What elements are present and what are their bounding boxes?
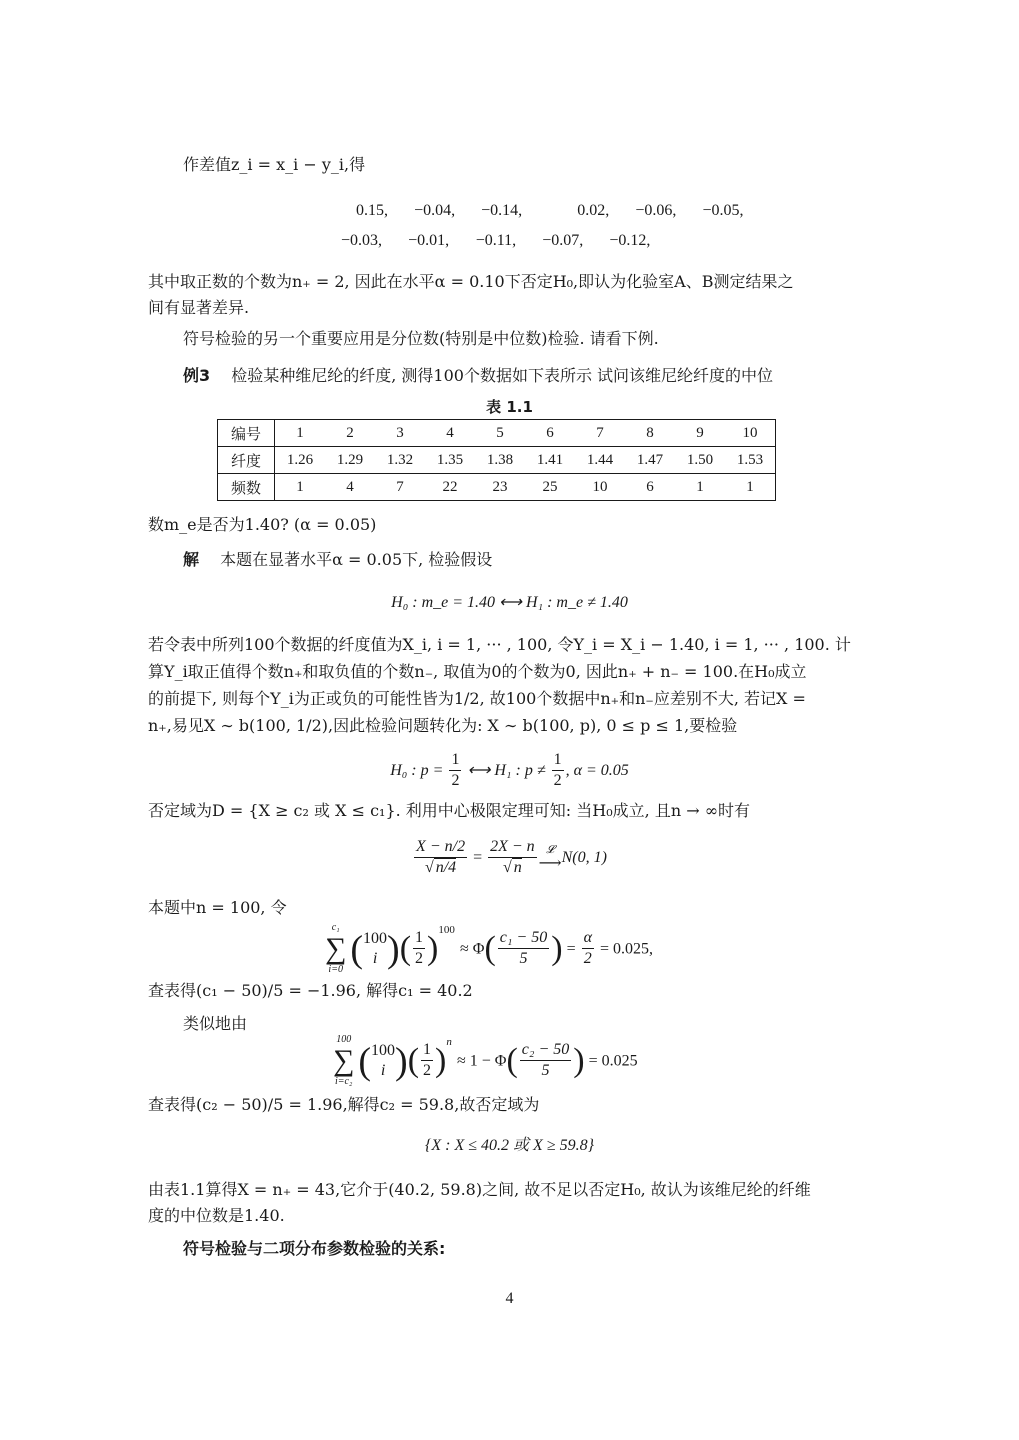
exponent: 100 [438, 924, 455, 936]
para-y-4: n₊,易见X ∼ b(100, 1/2),因此检验问题转化为: X ∼ b(10… [148, 715, 853, 737]
binom-top: 100 [371, 1041, 395, 1061]
table-cell: 1.50 [675, 447, 725, 474]
lower-limit: i=c₂ [333, 1076, 354, 1088]
table-cell: 9 [675, 420, 725, 447]
diff-value: −0.04, [393, 200, 455, 222]
table-cell: 1.35 [425, 447, 475, 474]
binomial: (100i) [350, 919, 399, 979]
diff-value: 0.15, [340, 200, 388, 222]
hyp-text: H₀ : p = [390, 762, 447, 779]
table-cell: 1 [275, 420, 326, 447]
binom-top: 100 [363, 929, 387, 949]
document-page: 作差值z_i = x_i − y_i,得 0.15, −0.04, −0.14,… [0, 0, 1019, 1440]
denominator: 2 [449, 771, 461, 791]
solution-label: 解 [183, 550, 199, 569]
sum-equation-1: c₁∑i=0(100i)(12)100 ≈ Φ(c₁ − 505) = α2 =… [325, 914, 825, 979]
example-label: 例3 [183, 366, 210, 385]
approx: ≈ [460, 940, 469, 957]
fraction: 12 [552, 750, 564, 791]
table-cell: 1 [275, 474, 326, 501]
diff-value: −0.01, [387, 230, 449, 252]
c2-result: 查表得(c₂ − 50)/5 = 1.96,解得c₂ = 59.8,故否定域为 [148, 1094, 853, 1116]
table-cell: 1.26 [275, 447, 326, 474]
table-cell: 6 [625, 474, 675, 501]
table-cell: 5 [475, 420, 525, 447]
differences-row-1: 0.15, −0.04, −0.14, 0.02, −0.06, −0.05, [340, 199, 1019, 222]
numerator: c₁ − 50 [498, 928, 549, 949]
table-cell: 23 [475, 474, 525, 501]
converges-arrow: 𝓛 ⟶ [539, 845, 562, 871]
fraction: c₁ − 505 [498, 928, 549, 969]
table-cell: 7 [575, 420, 625, 447]
binom-bottom: i [371, 1061, 395, 1081]
example-3: 例3 检验某种维尼纶的纤度, 测得100个数据如下表所示 试问该维尼纶纤度的中位 [183, 365, 888, 387]
sqrt-content: n/4 [434, 858, 456, 876]
fraction: 12 [421, 1040, 433, 1081]
phi: 1 − Φ [466, 1052, 507, 1069]
conclusion-2: 度的中位数是1.40. [148, 1205, 853, 1227]
table-cell: 2 [325, 420, 375, 447]
exponent: n [446, 1036, 452, 1048]
numerator: c₂ − 50 [520, 1040, 571, 1061]
lower-limit: i=0 [325, 964, 346, 976]
table-cell: 1.29 [325, 447, 375, 474]
hypothesis-median: H₀ : m_e = 1.40 ⟷ H₁ : m_e ≠ 1.40 [0, 592, 1019, 614]
table-cell: 10 [575, 474, 625, 501]
denominator: 2 [582, 949, 594, 969]
result: = 0.025, [596, 940, 653, 957]
para-y-3: 的前提下, 则每个Y_i为正或负的可能性皆为1/2, 故100个数据中n₊和n₋… [148, 688, 853, 710]
row-header: 频数 [218, 474, 275, 501]
positive-count-text-1: 其中取正数的个数为n₊ = 2, 因此在水平α = 0.10下否定H₀,即认为化… [148, 271, 853, 293]
diff-intro: 作差值z_i = x_i − y_i,得 [183, 154, 888, 176]
denominator: 5 [498, 949, 549, 969]
diff-value: −0.03, [330, 230, 382, 252]
table-cell: 8 [625, 420, 675, 447]
diff-value: −0.05, [681, 200, 743, 222]
data-table: 编号 1 2 3 4 5 6 7 8 9 10 纤度 1.26 1.29 1.3… [217, 419, 776, 501]
fraction: 12 [449, 750, 461, 791]
summation-icon: 100∑i=c₂ [333, 1034, 354, 1088]
relation-heading: 符号检验与二项分布参数检验的关系: [183, 1238, 888, 1260]
numerator: 1 [413, 928, 425, 949]
hyp-text: ⟷ H₁ : p ≠ [463, 762, 549, 779]
denominator: 2 [552, 771, 564, 791]
example-text: 检验某种维尼纶的纤度, 测得100个数据如下表所示 试问该维尼纶纤度的中位 [231, 366, 773, 385]
numerator: X − n/2 [414, 837, 467, 858]
table-cell: 1.41 [525, 447, 575, 474]
equals: = [563, 940, 580, 957]
phi: Φ [469, 940, 485, 957]
diff-value: −0.11, [454, 230, 516, 252]
conclusion-1: 由表1.1算得X = n₊ = 43,它介于(40.2, 59.8)之间, 故不… [148, 1179, 853, 1201]
table-cell: 3 [375, 420, 425, 447]
table-cell: 1 [725, 474, 776, 501]
fraction: 2X − n√n [488, 837, 537, 878]
approx: ≈ [457, 1052, 466, 1069]
table-row: 频数 1 4 7 22 23 25 10 6 1 1 [218, 474, 776, 501]
table-cell: 1 [675, 474, 725, 501]
table-cell: 10 [725, 420, 776, 447]
positive-count-text-2: 间有显著差异. [148, 297, 853, 319]
hyp-text: , α = 0.05 [566, 762, 629, 779]
hypothesis-p: H₀ : p = 12 ⟷ H₁ : p ≠ 12, α = 0.05 [0, 748, 1019, 793]
table-cell: 4 [425, 420, 475, 447]
table-cell: 4 [325, 474, 375, 501]
page-number: 4 [0, 1290, 1019, 1308]
table-caption: 表 1.1 [0, 396, 1019, 417]
table-cell: 7 [375, 474, 425, 501]
fraction: 12 [413, 928, 425, 969]
diff-value: −0.12, [588, 230, 650, 252]
table-cell: 1.32 [375, 447, 425, 474]
diff-value: −0.07, [521, 230, 583, 252]
table-cell: 25 [525, 474, 575, 501]
row-header: 纤度 [218, 447, 275, 474]
numerator: 1 [552, 750, 564, 771]
region-set: {X : X ≤ 40.2 或 X ≥ 59.8} [0, 1135, 1019, 1157]
normal-dist: N(0, 1) [562, 849, 607, 866]
diff-value: −0.14, [460, 200, 522, 222]
denominator: √n [488, 858, 537, 878]
table-row: 编号 1 2 3 4 5 6 7 8 9 10 [218, 420, 776, 447]
sqrt-content: n [512, 858, 522, 876]
para-y-1: 若令表中所列100个数据的纤度值为X_i, i = 1, ··· , 100, … [148, 634, 853, 656]
fraction: α2 [582, 928, 594, 969]
diff-value: 0.02, [527, 200, 609, 222]
table-cell: 6 [525, 420, 575, 447]
numerator: 1 [449, 750, 461, 771]
result: = 0.025 [585, 1052, 638, 1069]
differences-row-2: −0.03, −0.01, −0.11, −0.07, −0.12, [330, 229, 1019, 252]
para-y-2: 算Y_i取正值得个数n₊和取负值的个数n₋, 取值为0的个数为0, 因此n₊ +… [148, 661, 853, 683]
fraction: c₂ − 505 [520, 1040, 571, 1081]
binom-bottom: i [363, 949, 387, 969]
table-row: 纤度 1.26 1.29 1.32 1.35 1.38 1.41 1.44 1.… [218, 447, 776, 474]
rejection-region-text: 否定域为D = {X ≥ c₂ 或 X ≤ c₁}. 利用中心极限定理可知: 当… [148, 800, 853, 822]
equals: = [469, 849, 486, 866]
denominator: 2 [421, 1061, 433, 1081]
table-cell: 1.38 [475, 447, 525, 474]
binomial: (100i) [358, 1031, 407, 1091]
denominator: 5 [520, 1061, 571, 1081]
summation-icon: c₁∑i=0 [325, 922, 346, 976]
denominator: √n/4 [414, 858, 467, 878]
table-cell: 1.47 [625, 447, 675, 474]
table-cell: 1.53 [725, 447, 776, 474]
arrow: ⟶ [539, 855, 562, 871]
c1-result: 查表得(c₁ − 50)/5 = −1.96, 解得c₁ = 40.2 [148, 980, 853, 1002]
solution-text: 本题在显著水平α = 0.05下, 检验假设 [220, 550, 492, 569]
fraction: X − n/2√n/4 [414, 837, 467, 878]
numerator: 1 [421, 1040, 433, 1061]
numerator: α [582, 928, 594, 949]
table-cell: 22 [425, 474, 475, 501]
clt-equation: X − n/2√n/4 = 2X − n√n𝓛 ⟶ N(0, 1) [0, 834, 1019, 881]
denominator: 2 [413, 949, 425, 969]
numerator: 2X − n [488, 837, 537, 858]
example-continuation: 数m_e是否为1.40? (α = 0.05) [148, 514, 853, 536]
solution: 解 本题在显著水平α = 0.05下, 检验假设 [183, 549, 888, 571]
diff-value: −0.06, [614, 200, 676, 222]
quantile-intro: 符号检验的另一个重要应用是分位数(特别是中位数)检验. 请看下例. [183, 328, 888, 350]
sum-equation-2: 100∑i=c₂(100i)(12)n ≈ 1 − Φ(c₂ − 505) = … [333, 1026, 833, 1091]
row-header: 编号 [218, 420, 275, 447]
table-cell: 1.44 [575, 447, 625, 474]
